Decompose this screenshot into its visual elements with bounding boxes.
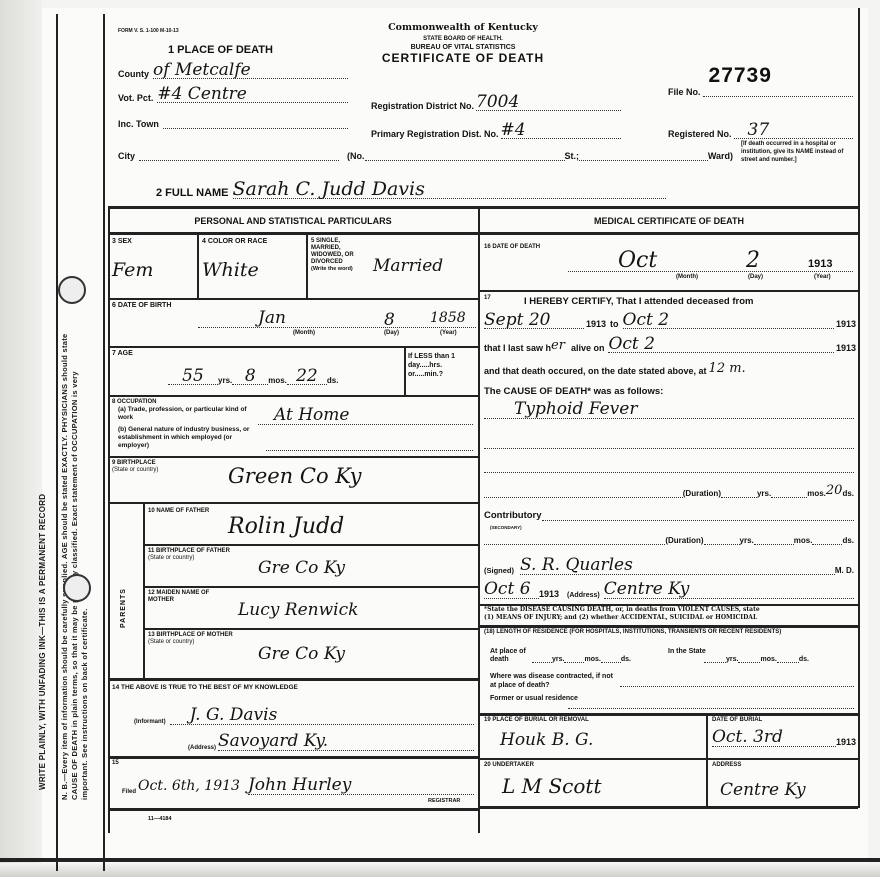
undertaker-address-value: Centre Ky [720, 780, 806, 800]
registration-district-value: 7004 [476, 94, 621, 111]
divider-medical-header [480, 232, 858, 235]
last-saw-label: that I last saw h [484, 343, 551, 353]
contributory-years-line [704, 536, 740, 545]
sex-value: Fem [112, 259, 197, 281]
dob-label: 6 DATE OF BIRTH [112, 302, 171, 309]
county-label: County [118, 69, 149, 79]
contributory-months-line [754, 536, 794, 545]
margin-rule-inner [103, 14, 105, 871]
in-state-mos-line [738, 656, 760, 663]
in-state-duration: yrs. mos. ds. [704, 656, 854, 663]
occupation-label: 8 OCCUPATION [112, 399, 156, 405]
physician-address-value: Centre Ky [604, 580, 854, 599]
filed-label: Filed [122, 789, 136, 795]
birthplace-value: Green Co Ky [228, 464, 361, 488]
certificate-header: Commonwealth of Kentucky STATE BOARD OF … [363, 22, 563, 65]
full-name-label: 2 FULL NAME [156, 187, 229, 199]
dob-day: 8 [384, 310, 395, 330]
age-months: 8 [232, 368, 268, 385]
divider-after-age [108, 395, 478, 397]
bureau-title: BUREAU OF VITAL STATISTICS [363, 44, 563, 51]
undertaker-value: L M Scott [502, 774, 602, 798]
divider-main-top [108, 206, 860, 209]
registered-no-label: Registered No. [668, 129, 732, 139]
place-of-death-heading: 1 PLACE OF DEATH [168, 44, 273, 56]
in-state-ds: ds. [799, 656, 809, 663]
divider-sex-race [197, 234, 199, 298]
registration-district-label: Registration District No. [371, 101, 474, 111]
divider-after-dod [480, 290, 858, 292]
informant-heading: 14 THE ABOVE IS TRUE TO THE BEST OF MY K… [112, 684, 298, 691]
death-time-field: and that death occured, on the date stat… [484, 362, 856, 376]
in-state-label: In the State [668, 648, 708, 656]
margin-instruction-2: N. B.—Every item of information should b… [60, 60, 69, 800]
divider-before-undertaker [480, 758, 858, 760]
divider-vertical-center [478, 208, 480, 833]
frame-right [858, 8, 860, 808]
city-value [139, 150, 339, 161]
registrar-label: REGISTRAR [428, 798, 460, 804]
age-yrs-label: yrs. [218, 376, 232, 385]
age-label: 7 AGE [112, 350, 133, 357]
scan-left-edge [0, 0, 42, 877]
divider-after-mother-name [144, 628, 478, 630]
contributory-ds: ds. [842, 536, 854, 545]
certify-text: I HEREBY CERTIFY, That I attended deceas… [524, 296, 753, 307]
form-footer-code: 11—4184 [148, 816, 172, 822]
registrar-signature: John Hurley [248, 776, 474, 795]
dod-label: 16 DATE OF DEATH [484, 244, 540, 250]
divider-after-informant [108, 756, 478, 759]
divider-bottom-right [480, 806, 858, 809]
at-place-ds-line [601, 656, 621, 663]
death-occurred-label: and that death occured, on the date stat… [484, 366, 707, 376]
burial-date-label: DATE OF BURIAL [712, 717, 762, 723]
marital-status-field: 5 SINGLE, MARRIED, WIDOWED, OR DIVORCED … [311, 238, 476, 298]
scan-bottom-rule [0, 858, 880, 862]
sex-field: 3 SEX Fem [112, 238, 197, 298]
occupation-b-value [266, 444, 473, 451]
alive-on-value: Oct 2 [608, 336, 834, 353]
punch-hole-bottom [63, 574, 91, 602]
cause-of-death-label: The CAUSE OF DEATH* was as follows: [484, 386, 663, 397]
in-state-mos: mos. [760, 656, 776, 663]
primary-registration-value: #4 [501, 122, 621, 139]
mother-name-value: Lucy Renwick [238, 600, 358, 620]
cause-line-2 [484, 442, 854, 449]
burial-date-field: Oct. 3rd 1913 [712, 728, 856, 747]
divider-before-residence [480, 625, 858, 628]
signed-date-value: Oct 6 [484, 580, 539, 599]
hospital-note: [If death occurred in a hospital or inst… [741, 140, 853, 164]
dod-day-caption: (Day) [748, 274, 763, 280]
contributory-label: Contributory [484, 510, 542, 521]
attended-from-value: Sept 20 [484, 312, 584, 329]
divider-after-sex [108, 298, 478, 300]
age-ds-label: ds. [327, 376, 339, 385]
in-state-yrs-line [704, 656, 726, 663]
file-no-label: File No. [668, 87, 701, 97]
margin-instruction-1: WRITE PLAINLY, WITH UNFADING INK—THIS IS… [38, 494, 47, 790]
filed-field: Filed Oct. 6th, 1913 John Hurley [122, 776, 474, 795]
contributory-duration-field: (Duration) yrs. mos. ds. [484, 536, 854, 545]
death-time-value: 12 m. [709, 362, 746, 376]
divider-after-parents [108, 678, 478, 681]
dod-year-caption: (Year) [814, 274, 831, 280]
city-label: City [118, 151, 135, 161]
mother-birthplace-label: 13 BIRTHPLACE OF MOTHER [148, 632, 238, 639]
divider-before-burial [480, 713, 858, 716]
informant-label: (Informant) [134, 719, 166, 725]
at-place-duration: yrs. mos. ds. [532, 656, 652, 663]
form-number: FORM V. S. 1-100 M-10-13 [118, 28, 179, 34]
attended-dates-field: Sept 20 1913 to Oct 2 1913 [484, 312, 856, 329]
birthplace-sublabel: (State or country) [112, 467, 158, 474]
marital-label: 5 SINGLE, MARRIED, WIDOWED, OR DIVORCED [311, 238, 371, 266]
at-place-mos: mos. [584, 656, 600, 663]
mother-birthplace-value: Gre Co Ky [258, 644, 345, 664]
attended-from-year: 1913 [586, 319, 606, 329]
mother-birthplace-label-block: 13 BIRTHPLACE OF MOTHER (State or countr… [148, 632, 238, 646]
secondary-label: (SECONDARY) [490, 525, 522, 530]
cause-duration-leader [484, 489, 683, 498]
marital-value: Married [373, 256, 443, 276]
contributory-value [542, 512, 854, 521]
age-years: 55 [168, 368, 218, 385]
residence-heading: (18) LENGTH OF RESIDENCE (FOR HOSPITALS,… [484, 629, 854, 636]
file-no-value: 27739 [709, 64, 772, 88]
dob-month: Jan [258, 308, 286, 328]
dob-field: Jan 8 1858 (Month) (Day) (Year) [198, 312, 476, 344]
dob-year-caption: (Year) [440, 330, 457, 336]
cause-line-3 [484, 466, 854, 473]
divider-after-father-name [144, 544, 478, 546]
dod-day: 2 [746, 248, 760, 273]
ward-value [579, 150, 708, 161]
cause-footnote: *State the DISEASE CAUSING DEATH, or, in… [484, 606, 856, 622]
burial-year: 1913 [836, 737, 856, 747]
dob-year: 1858 [430, 310, 466, 326]
contracted-value [620, 680, 854, 687]
physician-address-label: (Address) [567, 592, 600, 599]
cause-duration-label: (Duration) [683, 489, 721, 498]
divider-after-occupation [108, 456, 478, 458]
age-mos-label: mos. [268, 376, 287, 385]
occupation-b-label: (b) General nature of industry business,… [118, 426, 263, 450]
street-no-value [365, 150, 565, 161]
cause-duration-mos: mos. [807, 489, 826, 498]
registration-district-field: Registration District No. 7004 [371, 94, 621, 111]
birthplace-label: 9 BIRTHPLACE [112, 460, 158, 467]
ward-label: Ward) [708, 151, 733, 161]
signed-label: (Signed) [484, 566, 514, 575]
filed-number: 15 [112, 760, 119, 766]
contributory-duration-leader [484, 536, 665, 545]
divider-parents [143, 503, 145, 680]
inc-town-label: Inc. Town [118, 119, 159, 129]
attended-to-label: to [610, 319, 619, 329]
age-field: 55 yrs. 8 mos. 22 ds. [168, 368, 398, 385]
parents-side-label: PARENTS [120, 588, 127, 628]
race-label: 4 COLOR OR RACE [202, 238, 302, 245]
city-street-field: City (No. St.; Ward) [118, 150, 733, 161]
street-label: St.; [565, 151, 580, 161]
at-place-ds: ds. [621, 656, 631, 663]
physician-signature: S. R. Quarles [520, 556, 835, 575]
informant-value: J. G. Davis [170, 706, 474, 725]
divider-personal-header [108, 232, 478, 235]
street-no-label: (No. [347, 151, 365, 161]
contributory-duration-label: (Duration) [665, 536, 703, 545]
former-residence-value [568, 702, 854, 709]
cause-of-death-value: Typhoid Fever [484, 400, 854, 419]
punch-hole-top [58, 276, 86, 304]
signed-date-address-field: Oct 6 1913 (Address) Centre Ky [484, 580, 854, 599]
in-state-yrs: yrs. [726, 656, 738, 663]
alive-on-year: 1913 [836, 343, 856, 353]
county-field: County of Metcalfe [118, 62, 348, 79]
father-name-label: 10 NAME OF FATHER [148, 508, 218, 515]
informant-address-label: (Address) [188, 745, 216, 751]
undertaker-label: 20 UNDERTAKER [484, 762, 534, 768]
voting-precinct-field: Vot. Pct. #4 Centre [118, 86, 348, 103]
frame-left [108, 208, 110, 833]
primary-registration-field: Primary Registration Dist. No. #4 [371, 122, 621, 139]
burial-date-value: Oct. 3rd [712, 728, 836, 747]
full-name-field: 2 FULL NAME Sarah C. Judd Davis [156, 180, 666, 199]
attended-to-value: Oct 2 [623, 312, 834, 329]
occupation-a-value: At Home [258, 406, 473, 425]
registered-no-value: 37 [734, 122, 853, 139]
father-birthplace-label: 11 BIRTHPLACE OF FATHER [148, 548, 238, 555]
race-value: White [202, 259, 302, 281]
last-saw-pronoun: er [551, 339, 565, 353]
divider-race-marital [306, 234, 308, 298]
divider-burial-date [706, 715, 708, 807]
contributory-yrs: yrs. [740, 536, 754, 545]
cause-duration-ds: ds. [842, 489, 854, 498]
dod-year: 1913 [808, 258, 832, 270]
at-place-yrs-line [532, 656, 552, 663]
board-of-health: STATE BOARD OF HEALTH. [363, 36, 563, 42]
occupation-a-label: (a) Trade, profession, or particular kin… [118, 406, 258, 422]
at-place-mos-line [564, 656, 584, 663]
inc-town-value [163, 118, 348, 129]
footnote-line-2: (1) MEANS OF INJURY; and (2) whether ACC… [484, 614, 856, 622]
contributory-days-line [812, 536, 842, 545]
full-name-value: Sarah C. Judd Davis [233, 180, 666, 199]
informant-address-field: (Address) Savoyard Ky. [188, 732, 474, 751]
medical-section-title: MEDICAL CERTIFICATE OF DEATH [480, 216, 858, 226]
margin-instruction-4: important. See instructions on back of c… [80, 608, 89, 800]
inc-town-field: Inc. Town [118, 118, 348, 129]
dob-month-caption: (Month) [293, 330, 315, 336]
physician-signature-field: (Signed) S. R. Quarles M. D. [484, 556, 854, 575]
at-place-yrs: yrs. [552, 656, 564, 663]
burial-place-label: 19 PLACE OF BURIAL OR REMOVAL [484, 717, 589, 723]
vot-pct-label: Vot. Pct. [118, 93, 153, 103]
divider-after-dob [108, 346, 478, 348]
informant-address-value: Savoyard Ky. [218, 732, 474, 751]
contributory-field: Contributory [484, 510, 854, 521]
attended-to-year: 1913 [836, 319, 856, 329]
cause-duration-yrs: yrs. [757, 489, 771, 498]
personal-section-title: PERSONAL AND STATISTICAL PARTICULARS [108, 216, 478, 226]
father-birthplace-value: Gre Co Ky [258, 558, 345, 578]
file-no-line: 27739 [703, 84, 853, 97]
md-label: M. D. [835, 566, 854, 575]
file-number-field: File No. 27739 [668, 84, 853, 97]
dod-month-caption: (Month) [676, 274, 698, 280]
less-than-day-label: If LESS than 1 day.....hrs. or.....min.? [408, 352, 476, 379]
vot-pct-value: #4 Centre [157, 86, 348, 103]
age-days: 22 [287, 368, 327, 385]
cause-duration-years-line [721, 489, 757, 498]
father-name-value: Rolin Judd [228, 514, 344, 539]
father-birthplace-label-block: 11 BIRTHPLACE OF FATHER (State or countr… [148, 548, 238, 562]
certificate-title: CERTIFICATE OF DEATH [363, 51, 563, 65]
at-place-label: At place of death [490, 648, 530, 664]
burial-place-value: Houk B. G. [500, 730, 593, 750]
mother-birthplace-sublabel: (State or country) [148, 639, 238, 646]
informant-field: (Informant) J. G. Davis [134, 706, 474, 725]
last-saw-field: that I last saw h er alive on Oct 2 1913 [484, 336, 856, 353]
race-field: 4 COLOR OR RACE White [202, 238, 302, 298]
registered-number-field: Registered No. 37 [668, 122, 853, 139]
dod-field: Oct 2 1913 (Month) (Day) (Year) [568, 252, 853, 286]
father-birthplace-sublabel: (State or country) [148, 555, 238, 562]
signed-year: 1913 [539, 589, 559, 599]
primary-registration-label: Primary Registration Dist. No. [371, 129, 499, 139]
alive-on-label: alive on [571, 343, 605, 353]
contributory-mos: mos. [794, 536, 813, 545]
cause-duration-days: 20 [826, 484, 843, 498]
divider-age-less [404, 347, 406, 395]
birthplace-label-block: 9 BIRTHPLACE (State or country) [112, 460, 158, 474]
divider-after-father-birthplace [144, 586, 478, 588]
divider-after-birthplace [108, 502, 478, 504]
contracted-label: Where was disease contracted, if not at … [490, 672, 620, 690]
margin-rule-outer [56, 14, 58, 871]
cause-duration-field: (Duration) yrs. mos. 20 ds. [484, 484, 854, 498]
certify-number: 17 [484, 295, 491, 301]
county-value: of Metcalfe [153, 62, 348, 79]
dod-line [568, 270, 853, 272]
undertaker-address-label: ADDRESS [712, 762, 741, 768]
footnote-line-1: *State the DISEASE CAUSING DEATH, or, in… [484, 606, 856, 614]
dob-day-caption: (Day) [384, 330, 399, 336]
filed-date-value: Oct. 6th, 1913 [138, 777, 240, 795]
in-state-ds-line [777, 656, 799, 663]
mother-name-label: 12 MAIDEN NAME OF MOTHER [148, 590, 223, 604]
commonwealth-title: Commonwealth of Kentucky [363, 22, 563, 33]
sex-label: 3 SEX [112, 238, 197, 245]
dob-line [198, 326, 476, 328]
divider-after-filed [108, 808, 478, 811]
dod-month: Oct [618, 248, 657, 273]
cause-duration-months-line [771, 489, 807, 498]
scan-bottom-edge [0, 863, 880, 877]
